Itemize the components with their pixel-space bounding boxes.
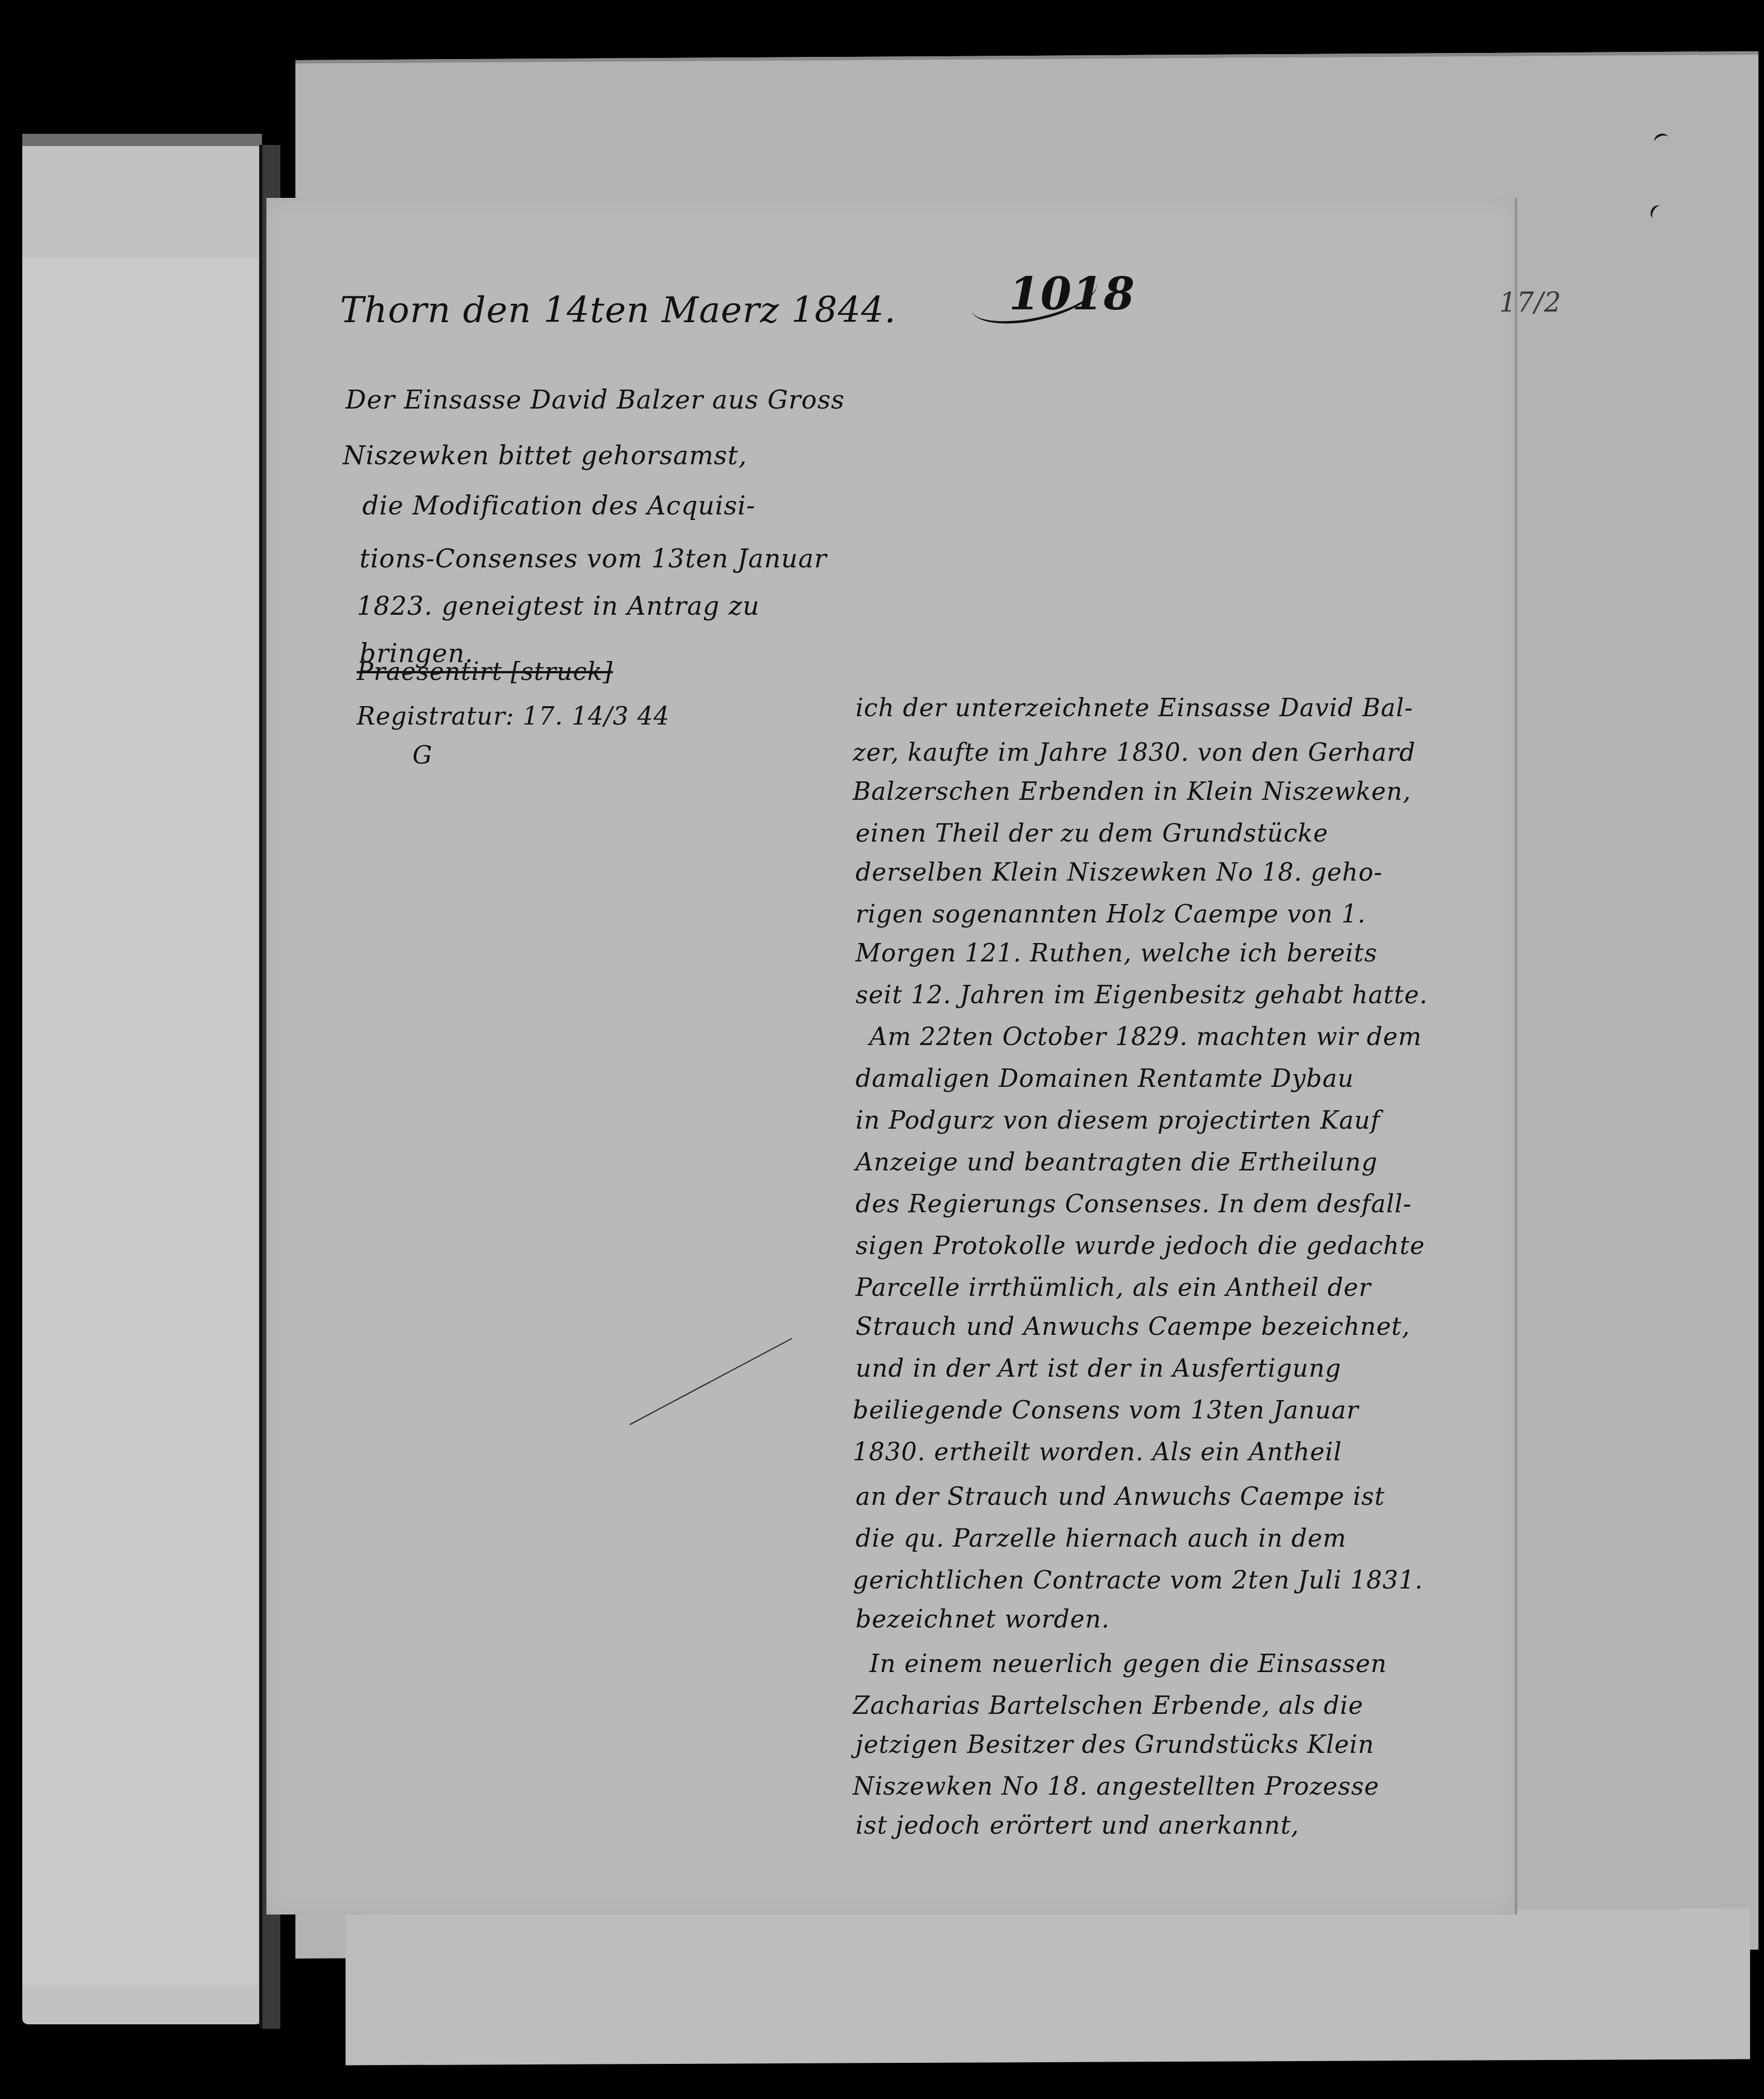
registry-note-line: G	[412, 741, 433, 770]
body-line: Parcelle irrthümlich, als ein Antheil de…	[856, 1274, 1371, 1302]
body-line: Anzeige und beantragten die Ertheilung	[856, 1148, 1378, 1177]
body-line: seit 12. Jahren im Eigenbesitz gehabt ha…	[856, 981, 1428, 1009]
summary-line: Niszewken bittet gehorsamst,	[343, 440, 747, 470]
body-line: beiliegende Consens vom 13ten Januar	[853, 1396, 1359, 1425]
registry-note-line: Registratur: 17. 14/3 44	[357, 702, 670, 731]
body-line: In einem neuerlich gegen die Einsassen	[869, 1650, 1387, 1678]
body-line: Niszewken No 18. angestellten Prozesse	[853, 1772, 1379, 1801]
body-line: Zacharias Bartelschen Erbende, als die	[853, 1692, 1363, 1720]
body-line: Am 22ten October 1829. machten wir dem	[869, 1023, 1422, 1051]
body-line: ist jedoch erörtert und anerkannt,	[856, 1811, 1299, 1840]
body-line: die qu. Parzelle hiernach auch in dem	[856, 1524, 1347, 1553]
body-line: jetzigen Besitzer des Grundstücks Klein	[856, 1731, 1374, 1759]
summary-line: tions-Consenses vom 13ten Januar	[359, 543, 827, 574]
body-line: sigen Protokolle wurde jedoch die gedach…	[856, 1232, 1425, 1260]
summary-line: die Modification des Acquisi-	[362, 490, 756, 521]
body-line: zer, kaufte im Jahre 1830. von den Gerha…	[853, 738, 1416, 767]
body-line: rigen sogenannten Holz Caempe von 1.	[856, 900, 1366, 929]
body-line: derselben Klein Niszewken No 18. geho-	[856, 858, 1383, 887]
summary-line: Der Einsasse David Balzer aus Gross	[346, 385, 845, 415]
body-line: und in der Art ist der in Ausfertigung	[856, 1354, 1342, 1383]
body-line: bezeichnet worden.	[856, 1605, 1110, 1634]
body-line: Morgen 121. Ruthen, welche ich bereits	[856, 939, 1377, 968]
body-line: Balzerschen Erbenden in Klein Niszewken,	[853, 778, 1411, 806]
body-line: einen Theil der zu dem Grundstücke	[856, 819, 1328, 848]
body-line: des Regierungs Consenses. In dem desfall…	[856, 1190, 1412, 1218]
body-line: gerichtlichen Contracte vom 2ten Juli 18…	[853, 1566, 1423, 1595]
summary-line: 1823. geneigtest in Antrag zu	[357, 591, 760, 621]
body-line: in Podgurz von diesem projectirten Kauf	[856, 1106, 1380, 1135]
document-content: Thorn den 14ten Maerz 1844. 1018 17/2 De…	[0, 0, 1764, 2099]
registry-note-line: Praesentirt [struck]	[357, 658, 613, 686]
body-line: ich der unterzeichnete Einsasse David Ba…	[856, 694, 1413, 722]
folio-number: 17/2	[1499, 287, 1562, 318]
body-line: 1830. ertheilt worden. Als ein Antheil	[853, 1438, 1342, 1466]
body-line: Strauch und Anwuchs Caempe bezeichnet,	[856, 1313, 1410, 1341]
body-line: damaligen Domainen Rentamte Dybau	[856, 1065, 1354, 1093]
place-date: Thorn den 14ten Maerz 1844.	[340, 290, 896, 331]
body-line: an der Strauch und Anwuchs Caempe ist	[856, 1483, 1385, 1511]
margin-diagonal-stroke	[630, 1338, 793, 1425]
